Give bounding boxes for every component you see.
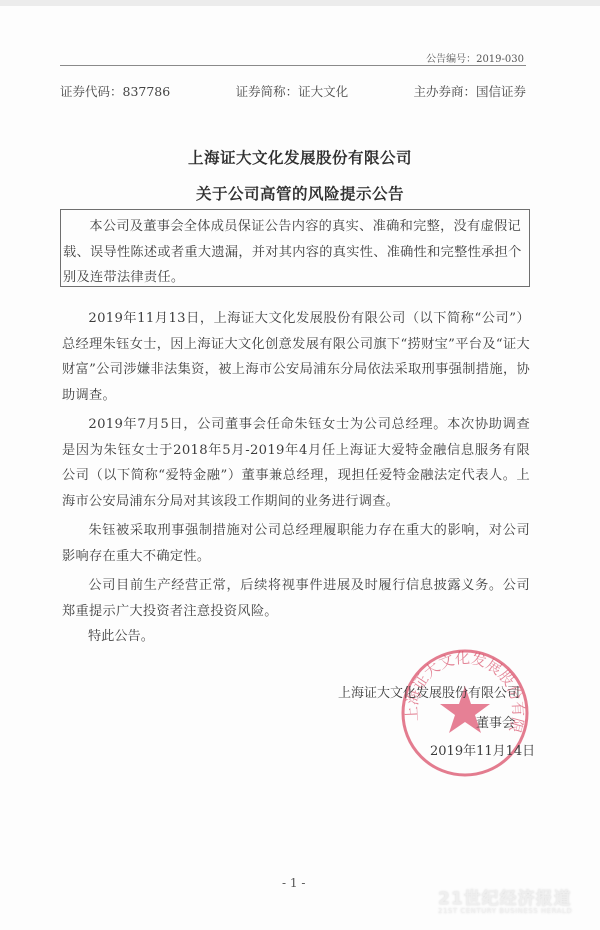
watermark-subtitle: 21ST CENTURY BUSINESS HERALD bbox=[438, 907, 588, 915]
paragraph-3: 朱钰被采取刑事强制措施对公司总经理履职能力存在重大的影响，对公司影响存在重大不确… bbox=[62, 518, 530, 569]
signature-company: 上海证大文化发展股份有限公司 bbox=[338, 682, 520, 701]
disclaimer-box: 本公司及董事会全体成员保证公告内容的真实、准确和完整，没有虚假记载、误导性陈述或… bbox=[60, 209, 530, 287]
stock-code: 证券代码：837786 bbox=[60, 82, 170, 100]
document-title-subject: 关于公司高管的风险提示公告 bbox=[0, 182, 600, 204]
watermark-title: 21世纪经济报道 bbox=[438, 884, 588, 909]
top-band bbox=[0, 0, 600, 6]
document-title-company: 上海证大文化发展股份有限公司 bbox=[0, 146, 600, 168]
security-info-row: 证券代码：837786 证券简称：证大文化 主办券商：国信证券 bbox=[60, 82, 526, 100]
header-rule bbox=[60, 65, 526, 66]
signature-date: 2019年11月14日 bbox=[430, 740, 535, 759]
sponsor-broker: 主办券商：国信证券 bbox=[413, 82, 526, 100]
page-number: - 1 - bbox=[282, 876, 305, 890]
paragraph-2: 2019年7月5日，公司董事会任命朱钰女士为公司总经理。本次协助调查是因为朱钰女… bbox=[62, 412, 530, 514]
paragraph-4: 公司目前生产经营正常，后续将视事件进展及时履行信息披露义务。公司郑重提示广大投资… bbox=[62, 573, 530, 624]
paragraph-1: 2019年11月13日，上海证大文化发展股份有限公司（以下简称“公司”）总经理朱… bbox=[62, 306, 530, 408]
document-body: 2019年11月13日，上海证大文化发展股份有限公司（以下简称“公司”）总经理朱… bbox=[62, 306, 530, 628]
stock-short-name: 证券简称：证大文化 bbox=[236, 82, 349, 100]
closing-statement: 特此公告。 bbox=[88, 625, 154, 644]
notice-number: 公告编号：2019-030 bbox=[426, 50, 524, 65]
publisher-watermark: 21世纪经济报道 21ST CENTURY BUSINESS HERALD bbox=[438, 884, 588, 922]
signature-board: 董事会 bbox=[476, 712, 515, 731]
